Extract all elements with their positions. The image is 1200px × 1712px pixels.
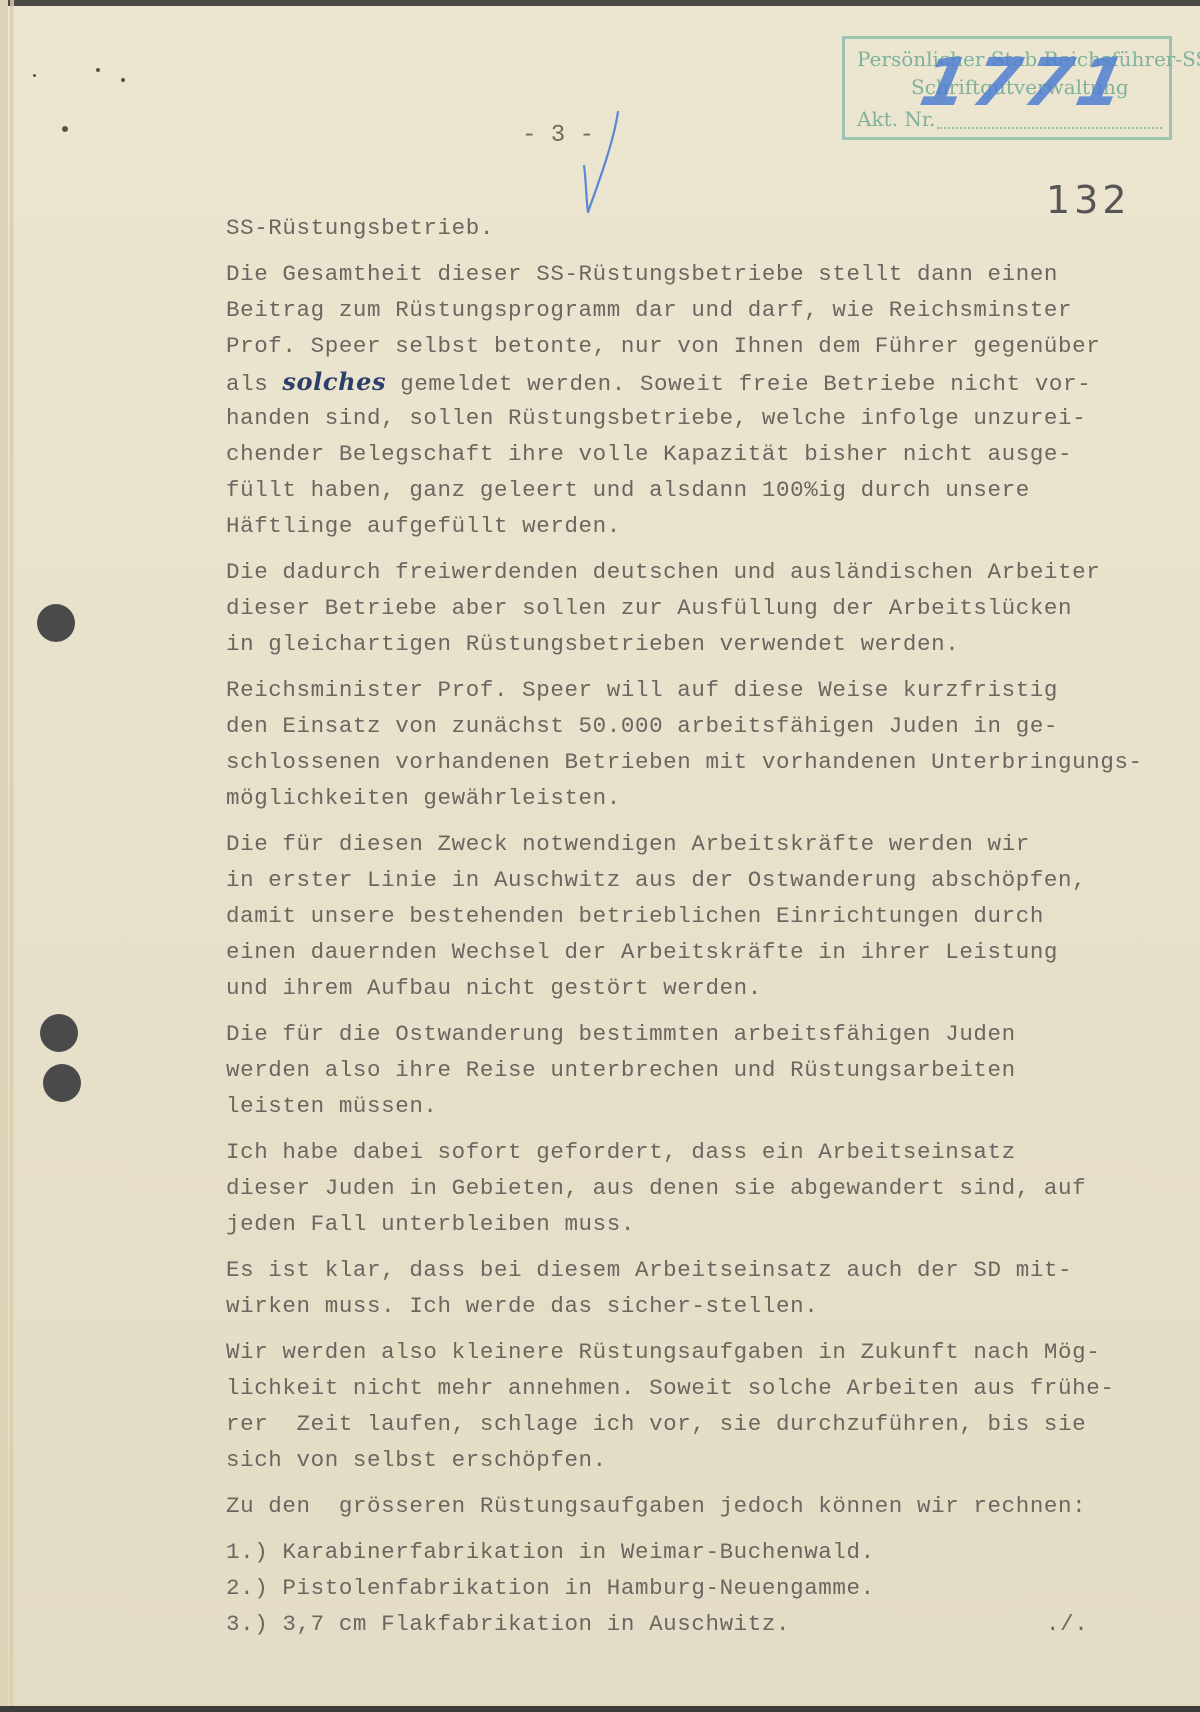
punch-hole [43, 1064, 81, 1102]
text-line: dieser Betriebe aber sollen zur Ausfüllu… [226, 590, 1176, 626]
text-line: in gleichartigen Rüstungsbetrieben verwe… [226, 626, 1176, 662]
list-item-text: 3.) 3,7 cm Flakfabrikation in Auschwitz. [226, 1611, 790, 1637]
scan-border-bottom [0, 1706, 1200, 1712]
paragraph-8: Wir werden also kleinere Rüstungsaufgabe… [226, 1334, 1176, 1478]
document-body: SS-Rüstungsbetrieb. Die Gesamtheit diese… [226, 210, 1176, 1642]
handwritten-insert: solches [282, 367, 386, 396]
text-line: schlossenen vorhandenen Betrieben mit vo… [226, 744, 1176, 780]
page-left-edge [0, 0, 8, 1712]
text-line: Die für diesen Zweck notwendigen Arbeits… [226, 826, 1176, 862]
text-line: werden also ihre Reise unterbrechen und … [226, 1052, 1176, 1088]
scan-border-top [8, 0, 1200, 6]
paragraph-3: Reichsminister Prof. Speer will auf dies… [226, 672, 1176, 816]
punch-hole [40, 1014, 78, 1052]
text-line: lichkeit nicht mehr annehmen. Soweit sol… [226, 1370, 1176, 1406]
list-item: 1.) Karabinerfabrikation in Weimar-Buche… [226, 1534, 1176, 1570]
text-prefix: als [226, 371, 282, 397]
text-line: Zu den grösseren Rüstungsaufgaben jedoch… [226, 1488, 1176, 1524]
paragraph-7: Es ist klar, dass bei diesem Arbeitseins… [226, 1252, 1176, 1324]
text-line: chender Belegschaft ihre volle Kapazität… [226, 436, 1176, 472]
text-line: füllt haben, ganz geleert und alsdann 10… [226, 472, 1176, 508]
paragraph-6: Ich habe dabei sofort gefordert, dass ei… [226, 1134, 1176, 1242]
text-line: damit unsere bestehenden betrieblichen E… [226, 898, 1176, 934]
text-line: einen dauernden Wechsel der Arbeitskräft… [226, 934, 1176, 970]
text-line: Häftlinge aufgefüllt werden. [226, 508, 1176, 544]
text-line: in erster Linie in Auschwitz aus der Ost… [226, 862, 1176, 898]
paragraph-4: Die für diesen Zweck notwendigen Arbeits… [226, 826, 1176, 1006]
text-line: und ihrem Aufbau nicht gestört werden. [226, 970, 1176, 1006]
text-line: möglichkeiten gewährleisten. [226, 780, 1176, 816]
paragraph-9: Zu den grösseren Rüstungsaufgaben jedoch… [226, 1488, 1176, 1524]
text-line: Die Gesamtheit dieser SS-Rüstungsbetrieb… [226, 256, 1176, 292]
text-remainder: gemeldet werden. Soweit freie Betriebe n… [400, 371, 1091, 397]
text-line: dieser Juden in Gebieten, aus denen sie … [226, 1170, 1176, 1206]
text-line: Reichsminister Prof. Speer will auf dies… [226, 672, 1176, 708]
document-page: Persönlicher Stab Reichsführer-SS Schrif… [0, 0, 1200, 1712]
text-line: rer Zeit laufen, schlage ich vor, sie du… [226, 1406, 1176, 1442]
fold-line [10, 0, 14, 1712]
text-line: den Einsatz von zunächst 50.000 arbeitsf… [226, 708, 1176, 744]
ink-speck [62, 126, 68, 132]
paragraph-2: Die dadurch freiwerdenden deutschen und … [226, 554, 1176, 662]
text-line: Prof. Speer selbst betonte, nur von Ihne… [226, 328, 1176, 364]
text-line: jeden Fall unterbleiben muss. [226, 1206, 1176, 1242]
armament-task-list: 1.) Karabinerfabrikation in Weimar-Buche… [226, 1534, 1176, 1642]
document-heading: SS-Rüstungsbetrieb. [226, 210, 1176, 246]
text-line: handen sind, sollen Rüstungsbetriebe, we… [226, 400, 1176, 436]
paragraph-1: Die Gesamtheit dieser SS-Rüstungsbetrieb… [226, 256, 1176, 544]
text-line: Wir werden also kleinere Rüstungsaufgabe… [226, 1334, 1176, 1370]
text-line: als solches gemeldet werden. Soweit frei… [226, 364, 1176, 400]
text-line: wirken muss. Ich werde das sicher-stelle… [226, 1288, 1176, 1324]
ink-speck [96, 68, 100, 72]
stamp-handwritten-number: 1771 [914, 44, 1138, 121]
list-item: 3.) 3,7 cm Flakfabrikation in Auschwitz.… [226, 1606, 1176, 1642]
text-line: Ich habe dabei sofort gefordert, dass ei… [226, 1134, 1176, 1170]
continuation-mark: ./. [1046, 1606, 1088, 1642]
ink-speck [33, 74, 36, 77]
text-line: leisten müssen. [226, 1088, 1176, 1124]
list-item: 2.) Pistolenfabrikation in Hamburg-Neuen… [226, 1570, 1176, 1606]
punch-hole [37, 604, 75, 642]
text-line: sich von selbst erschöpfen. [226, 1442, 1176, 1478]
ink-speck [121, 78, 125, 82]
text-line: Die dadurch freiwerdenden deutschen und … [226, 554, 1176, 590]
paragraph-5: Die für die Ostwanderung bestimmten arbe… [226, 1016, 1176, 1124]
text-line: Die für die Ostwanderung bestimmten arbe… [226, 1016, 1176, 1052]
text-line: Beitrag zum Rüstungsprogramm dar und dar… [226, 292, 1176, 328]
text-line: Es ist klar, dass bei diesem Arbeitseins… [226, 1252, 1176, 1288]
check-mark-icon [578, 108, 628, 218]
stamp-dotted-line [937, 127, 1162, 129]
